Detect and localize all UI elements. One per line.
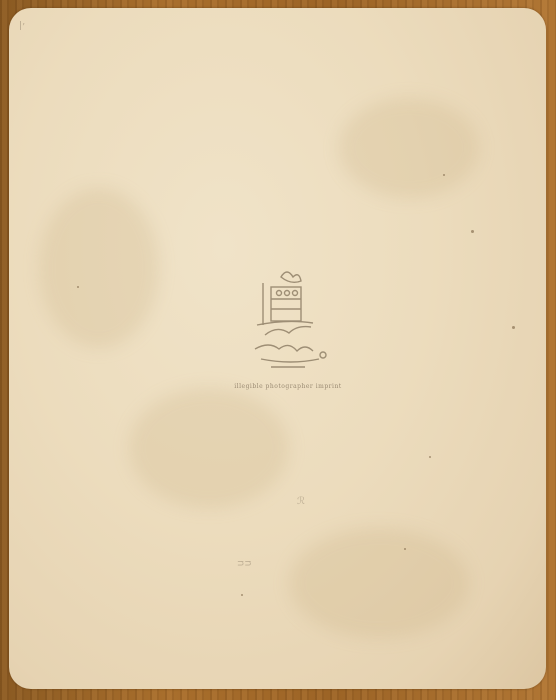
foxing-spot xyxy=(471,230,474,233)
pencil-mark-lower: ᴝᴝ xyxy=(237,558,252,569)
cabinet-card-back: ꟾ’ ℛ ᴝᴝ illegible photographer imprint xyxy=(9,8,546,689)
pencil-mark-center: ℛ xyxy=(297,496,305,507)
foxing-spot xyxy=(429,456,431,458)
foxing-spot xyxy=(77,286,79,288)
pencil-mark-corner: ꟾ’ xyxy=(19,22,25,33)
age-stain xyxy=(129,388,289,508)
age-stain xyxy=(339,98,479,198)
foxing-spot xyxy=(512,326,515,329)
foxing-spot xyxy=(241,594,243,596)
age-stain xyxy=(289,528,469,638)
photographer-imprint-text: illegible photographer imprint xyxy=(228,383,348,390)
photographer-crest-icon xyxy=(241,263,337,383)
age-stain xyxy=(39,188,159,348)
foxing-spot xyxy=(443,174,445,176)
foxing-spot xyxy=(404,548,406,550)
